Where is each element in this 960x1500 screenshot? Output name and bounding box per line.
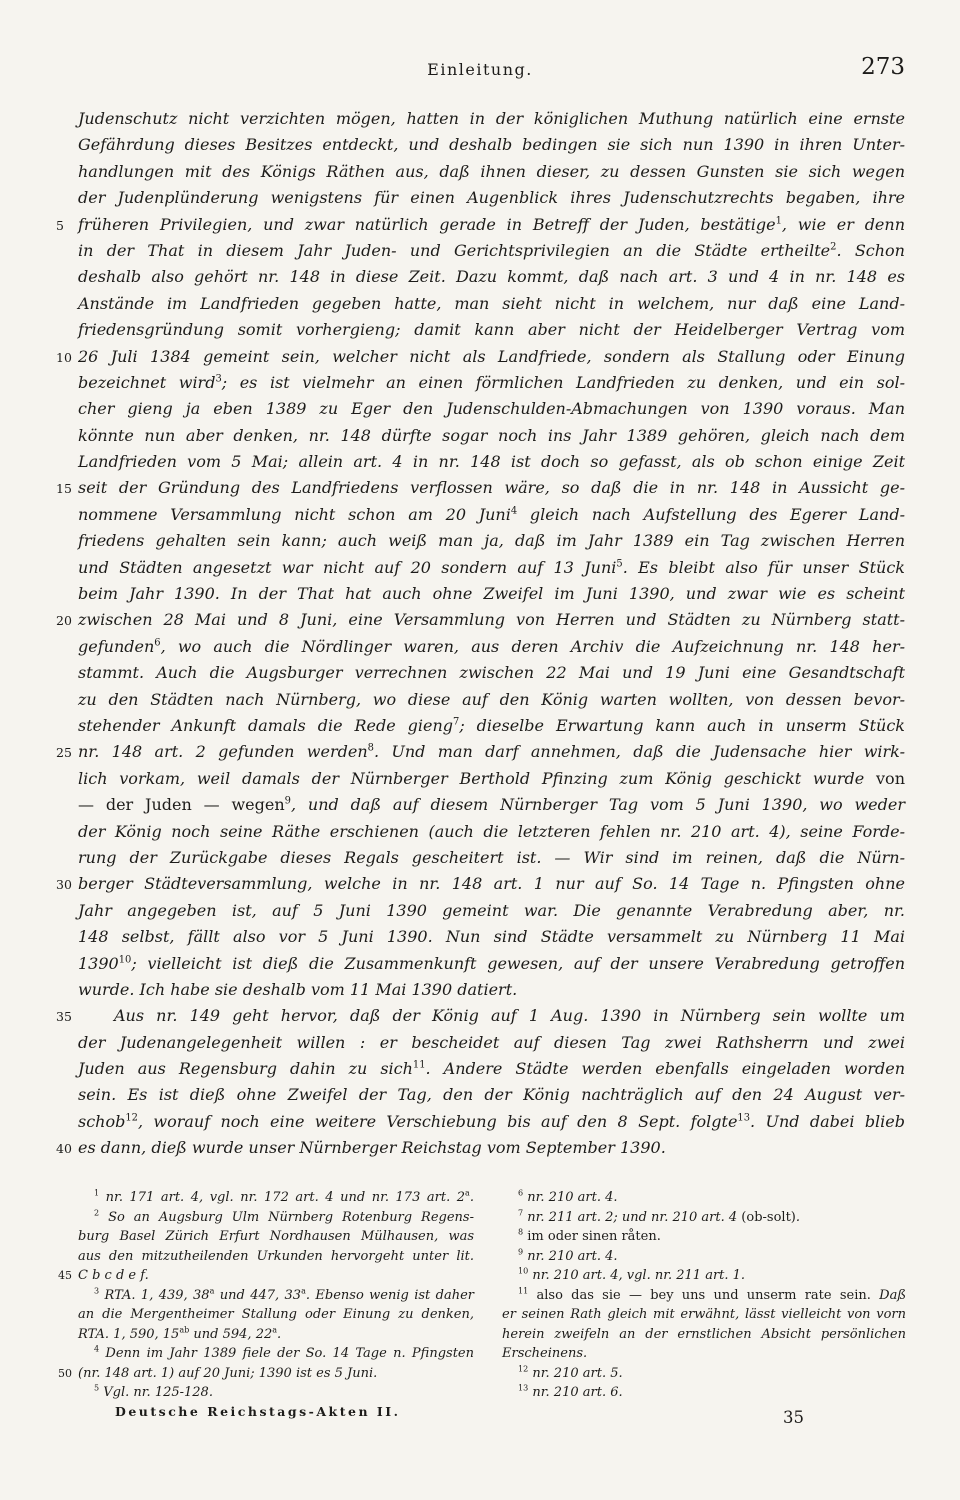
text-segment: (nr. 148 art. 1) auf 20 Juni; 1390 ist e… [78, 1366, 377, 1381]
text-segment: im oder sinen råten. [523, 1229, 661, 1244]
text-segment: Vgl. nr. 125-128. [99, 1385, 213, 1400]
sheet-signature-number: 35 [783, 1408, 804, 1427]
body-text-line: und Städten angesetzt war nicht auf 20 s… [78, 555, 905, 581]
body-text-line: — der Juden — wegen9, und daß auf diesem… [78, 792, 905, 818]
text-segment: nommene Versammlung nicht schon am 20 Ju… [78, 505, 511, 524]
text-segment: deshalb also gehört nr. 148 in diese Zei… [78, 267, 905, 286]
body-text-line: 139010; vielleicht ist dieß die Zusammen… [78, 951, 905, 977]
text-segment: und Städten angesetzt war nicht auf 20 s… [78, 558, 616, 577]
body-text-line: 40es dann, dieß wurde unser Nürnberger R… [78, 1135, 905, 1161]
text-segment: also das sie — bey uns und unserm rate s… [528, 1288, 879, 1303]
page-number: 273 [861, 54, 905, 80]
footnote-line: 8 im oder sinen råten. [502, 1227, 906, 1247]
body-text-line: friedensgründung somit vorhergieng; dami… [78, 317, 905, 343]
body-text-line: gefunden6, wo auch die Nördlinger waren,… [78, 634, 905, 660]
text-segment: bezeichnet wird [78, 373, 215, 392]
body-text-line: bezeichnet wird3; es ist vielmehr an ein… [78, 370, 905, 396]
margin-line-number: 20 [56, 608, 72, 634]
text-segment: Erscheinens. [502, 1346, 587, 1361]
margin-line-number: 35 [56, 1004, 72, 1030]
body-text-line: 1026 Juli 1384 gemeint sein, welcher nic… [78, 344, 905, 370]
body-text-line: der Judenangelegenheit willen : er besch… [78, 1030, 905, 1056]
body-text-line: stammt. Auch die Augsburger verrechnen z… [78, 660, 905, 686]
text-segment: 1390 [78, 954, 119, 973]
body-text-line: der Judenplünderung wenigstens für einen… [78, 185, 905, 211]
text-segment: berger Städteversammlung, welche in nr. … [78, 874, 905, 893]
footnote-line: 10 nr. 210 art. 4, vgl. nr. 211 art. 1. [502, 1266, 906, 1286]
text-segment: lich vorkam, weil damals der Nürnberger … [78, 769, 876, 788]
body-text-line: Gefährdung dieses Besitzes entdeckt, und… [78, 132, 905, 158]
margin-line-number: 30 [56, 872, 72, 898]
body-text-line: beim Jahr 1390. In der That hat auch ohn… [78, 581, 905, 607]
text-segment: Juden aus Regensburg dahin zu sich [78, 1059, 413, 1078]
text-segment: stehender Ankunft damals die Rede gieng [78, 716, 453, 735]
text-segment: , worauf noch eine weitere Verschiebung … [138, 1112, 737, 1131]
body-text: Judenschutz nicht verzichten mögen, hatt… [78, 106, 905, 1162]
footnote-line: Erscheinens. [502, 1344, 906, 1364]
text-segment: und 447, 33 [214, 1288, 301, 1303]
body-text-line: 5früheren Privilegien, und zwar natürlic… [78, 212, 905, 238]
text-segment: , und daß auf diesem Nürnberger Tag vom … [291, 795, 905, 814]
text-segment: C b c d e f. [78, 1268, 149, 1283]
footnote-line: herein zweifeln an der ernstlichen Absic… [502, 1325, 906, 1345]
text-segment: früheren Privilegien, und zwar natürlich… [78, 215, 776, 234]
text-segment: . Und man darf annehmen, daß die Judensa… [374, 742, 905, 761]
text-segment: gleich nach Aufstellung des Egerer Land- [517, 505, 905, 524]
text-segment: So an Augsburg Ulm Nürnberg Rotenburg Re… [99, 1210, 474, 1225]
footnote-line: er seinen Rath gleich mit erwähnt, lässt… [502, 1305, 906, 1325]
footnote-reference-mark: 13 [737, 1113, 750, 1124]
footnote-line: 50(nr. 148 art. 1) auf 20 Juni; 1390 ist… [78, 1364, 474, 1384]
text-segment: stammt. Auch die Augsburger verrechnen z… [78, 663, 905, 682]
footnote-line: 13 nr. 210 art. 6. [502, 1383, 906, 1403]
body-text-line: deshalb also gehört nr. 148 in diese Zei… [78, 264, 905, 290]
body-text-line: zu den Städten nach Nürnberg, wo diese a… [78, 687, 905, 713]
footnote-line: an die Mergentheimer Stallung oder Einun… [78, 1305, 474, 1325]
text-segment: herein zweifeln an der ernstlichen Absic… [502, 1327, 906, 1342]
text-segment: nr. 211 art. 2; und nr. 210 art. 4 [523, 1210, 741, 1225]
body-text-line: Anstände im Landfrieden gegeben hatte, m… [78, 291, 905, 317]
text-segment: der Judenangelegenheit willen : er besch… [78, 1033, 905, 1052]
text-segment: Jahr angegeben ist, auf 5 Juni 1390 geme… [78, 901, 905, 920]
footnote-reference-mark: 13 [518, 1384, 528, 1393]
running-head: Einleitung. [0, 60, 960, 79]
text-segment: 26 Juli 1384 gemeint sein, welcher nicht… [78, 347, 905, 366]
text-segment: und 594, 22 [189, 1327, 272, 1342]
body-text-line: 25nr. 148 art. 2 gefunden werden8. Und m… [78, 739, 905, 765]
footnote-line: burg Basel Zürich Erfurt Nordhausen Mülh… [78, 1227, 474, 1247]
footnote-reference-mark: 11 [518, 1286, 528, 1295]
text-segment: handlungen mit des Königs Räthen aus, da… [78, 162, 905, 181]
text-segment: rung der Zurückgabe dieses Regals gesche… [78, 848, 905, 867]
body-text-line: 148 selbst, fällt also vor 5 Juni 1390. … [78, 924, 905, 950]
body-text-line: Landfrieden vom 5 Mai; allein art. 4 in … [78, 449, 905, 475]
footnote-reference-mark: 10 [119, 954, 132, 965]
text-segment: . Und dabei blieb [750, 1112, 905, 1131]
footnote-line: 9 nr. 210 art. 4. [502, 1247, 906, 1267]
footnote-line: 11 also das sie — bey uns und unserm rat… [502, 1286, 906, 1306]
text-segment: er seinen Rath gleich mit erwähnt, lässt… [502, 1307, 906, 1322]
text-segment: . [277, 1327, 281, 1342]
margin-line-number: 25 [56, 740, 72, 766]
text-segment: 148 selbst, fällt also vor 5 Juni 1390. … [78, 927, 905, 946]
text-segment: . Es bleibt also für unser Stück [623, 558, 905, 577]
footnote-reference-mark: 12 [125, 1113, 138, 1124]
text-segment: in der That in diesem Jahr Juden- und Ge… [78, 241, 830, 260]
body-text-line: schob12, worauf noch eine weitere Versch… [78, 1109, 905, 1135]
margin-line-number: 5 [56, 213, 64, 239]
text-segment: Aus nr. 149 geht hervor, daß der König a… [114, 1006, 905, 1025]
body-text-line: friedens gehalten sein kann; auch weiß m… [78, 528, 905, 554]
book-page: Einleitung. 273 Judenschutz nicht verzic… [0, 0, 960, 1500]
text-segment: seit der Gründung des Landfriedens verfl… [78, 478, 905, 497]
text-segment: nr. 210 art. 5. [528, 1366, 622, 1381]
body-text-line: stehender Ankunft damals die Rede gieng7… [78, 713, 905, 739]
footnote-line: 2 So an Augsburg Ulm Nürnberg Rotenburg … [78, 1208, 474, 1228]
body-text-line: lich vorkam, weil damals der Nürnberger … [78, 766, 905, 792]
text-segment: . Ebenso wenig ist daher [306, 1288, 474, 1303]
footnote-reference-mark: ab [179, 1325, 189, 1334]
text-segment: RTA. 1, 439, 38 [99, 1288, 209, 1303]
margin-line-number: 40 [56, 1136, 72, 1162]
text-segment: cher gieng ja eben 1389 zu Eger den Jude… [78, 399, 905, 418]
text-segment: nr. 210 art. 6. [528, 1385, 622, 1400]
text-segment: zwischen 28 Mai und 8 Juni, eine Versamm… [78, 610, 905, 629]
text-segment: ; es ist vielmehr an einen förmlichen La… [222, 373, 905, 392]
series-imprint: Deutsche Reichstags-Akten II. [115, 1404, 400, 1419]
margin-line-number: 10 [56, 345, 72, 371]
text-segment: an die Mergentheimer Stallung oder Einun… [78, 1307, 474, 1322]
footnote-line: 6 nr. 210 art. 4. [502, 1188, 906, 1208]
text-segment: Daß [879, 1288, 906, 1303]
text-segment: Anstände im Landfrieden gegeben hatte, m… [78, 294, 905, 313]
body-text-line: wurde. Ich habe sie deshalb vom 11 Mai 1… [78, 977, 905, 1003]
footnote-line: RTA. 1, 590, 15ab und 594, 22a. [78, 1325, 474, 1345]
text-segment: beim Jahr 1390. In der That hat auch ohn… [78, 584, 905, 603]
text-segment: nr. 210 art. 4. [523, 1249, 617, 1264]
text-segment: Denn im Jahr 1389 fiele der So. 14 Tage … [99, 1346, 474, 1361]
text-segment: Landfrieden vom 5 Mai; allein art. 4 in … [78, 452, 905, 471]
body-text-line: Jahr angegeben ist, auf 5 Juni 1390 geme… [78, 898, 905, 924]
footnote-line: 12 nr. 210 art. 5. [502, 1364, 906, 1384]
body-text-line: sein. Es ist dieß ohne Zweifel der Tag, … [78, 1082, 905, 1108]
text-segment: schob [78, 1112, 125, 1131]
text-segment: — der Juden — wegen [78, 795, 285, 814]
text-segment: der König noch seine Räthe erschienen (a… [78, 822, 905, 841]
text-segment: von [876, 769, 905, 788]
body-text-line: 20zwischen 28 Mai und 8 Juni, eine Versa… [78, 607, 905, 633]
text-segment: . [470, 1190, 474, 1205]
text-segment: burg Basel Zürich Erfurt Nordhausen Mülh… [78, 1229, 474, 1244]
body-text-line: in der That in diesem Jahr Juden- und Ge… [78, 238, 905, 264]
text-segment: wurde. Ich habe sie deshalb vom 11 Mai 1… [78, 980, 517, 999]
body-text-line: Judenschutz nicht verzichten mögen, hatt… [78, 106, 905, 132]
text-segment: (ob-solt) [741, 1210, 796, 1225]
footnote-line: 5 Vgl. nr. 125-128. [78, 1383, 474, 1403]
text-segment: , wie er denn [782, 215, 905, 234]
text-segment: Judenschutz nicht verzichten mögen, hatt… [78, 109, 905, 128]
footnote-reference-mark: 12 [518, 1364, 528, 1373]
text-segment: friedens gehalten sein kann; auch weiß m… [78, 531, 905, 550]
body-text-line: 35Aus nr. 149 geht hervor, daß der König… [78, 1003, 905, 1029]
footnote-line: aus den mitzutheilenden Urkunden hervorg… [78, 1247, 474, 1267]
text-segment: nr. 148 art. 2 gefunden werden [78, 742, 368, 761]
text-segment: der Judenplünderung wenigstens für einen… [78, 188, 905, 207]
text-segment: . Andere Städte werden ebenfalls eingela… [426, 1059, 905, 1078]
margin-line-number: 15 [56, 476, 72, 502]
footnote-line: 7 nr. 211 art. 2; und nr. 210 art. 4 (ob… [502, 1208, 906, 1228]
text-segment: RTA. 1, 590, 15 [78, 1327, 179, 1342]
footnote-line: 45C b c d e f. [78, 1266, 474, 1286]
footnotes-right-column: 6 nr. 210 art. 4.7 nr. 211 art. 2; und n… [502, 1188, 906, 1403]
margin-line-number: 45 [58, 1266, 72, 1286]
text-segment: . Schon [836, 241, 905, 260]
text-segment: nr. 210 art. 4. [523, 1190, 617, 1205]
text-segment: ; dieselbe Erwartung kann auch in unserm… [459, 716, 905, 735]
text-segment: friedensgründung somit vorhergieng; dami… [78, 320, 905, 339]
footnotes-left-column: 1 nr. 171 art. 4, vgl. nr. 172 art. 4 un… [78, 1188, 474, 1403]
margin-line-number: 50 [58, 1364, 72, 1384]
body-text-line: der König noch seine Räthe erschienen (a… [78, 819, 905, 845]
text-segment: nr. 171 art. 4, vgl. nr. 172 art. 4 und … [99, 1190, 465, 1205]
text-segment: . [796, 1210, 800, 1225]
footnote-line: 4 Denn im Jahr 1389 fiele der So. 14 Tag… [78, 1344, 474, 1364]
body-text-line: 15seit der Gründung des Landfriedens ver… [78, 475, 905, 501]
body-text-line: könnte nun aber denken, nr. 148 dürfte s… [78, 423, 905, 449]
text-segment: gefunden [78, 637, 154, 656]
text-segment: , wo auch die Nördlinger waren, aus dere… [161, 637, 905, 656]
text-segment: es dann, dieß wurde unser Nürnberger Rei… [78, 1138, 666, 1157]
text-segment: aus den mitzutheilenden Urkunden hervorg… [78, 1249, 474, 1264]
body-text-line: Juden aus Regensburg dahin zu sich11. An… [78, 1056, 905, 1082]
text-segment: Gefährdung dieses Besitzes entdeckt, und… [78, 135, 905, 154]
footnote-reference-mark: 11 [413, 1060, 426, 1071]
text-segment: nr. 210 art. 4, vgl. nr. 211 art. 1. [528, 1268, 745, 1283]
body-text-line: cher gieng ja eben 1389 zu Eger den Jude… [78, 396, 905, 422]
footnote-line: 3 RTA. 1, 439, 38a und 447, 33a. Ebenso … [78, 1286, 474, 1306]
text-segment: zu den Städten nach Nürnberg, wo diese a… [78, 690, 905, 709]
body-text-line: handlungen mit des Königs Räthen aus, da… [78, 159, 905, 185]
text-segment: könnte nun aber denken, nr. 148 dürfte s… [78, 426, 905, 445]
body-text-line: 30berger Städteversammlung, welche in nr… [78, 871, 905, 897]
body-text-line: rung der Zurückgabe dieses Regals gesche… [78, 845, 905, 871]
text-segment: ; vielleicht ist dieß die Zusammenkunft … [131, 954, 905, 973]
footnote-line: 1 nr. 171 art. 4, vgl. nr. 172 art. 4 un… [78, 1188, 474, 1208]
body-text-line: nommene Versammlung nicht schon am 20 Ju… [78, 502, 905, 528]
text-segment: sein. Es ist dieß ohne Zweifel der Tag, … [78, 1085, 905, 1104]
footnote-reference-mark: 10 [518, 1267, 528, 1276]
